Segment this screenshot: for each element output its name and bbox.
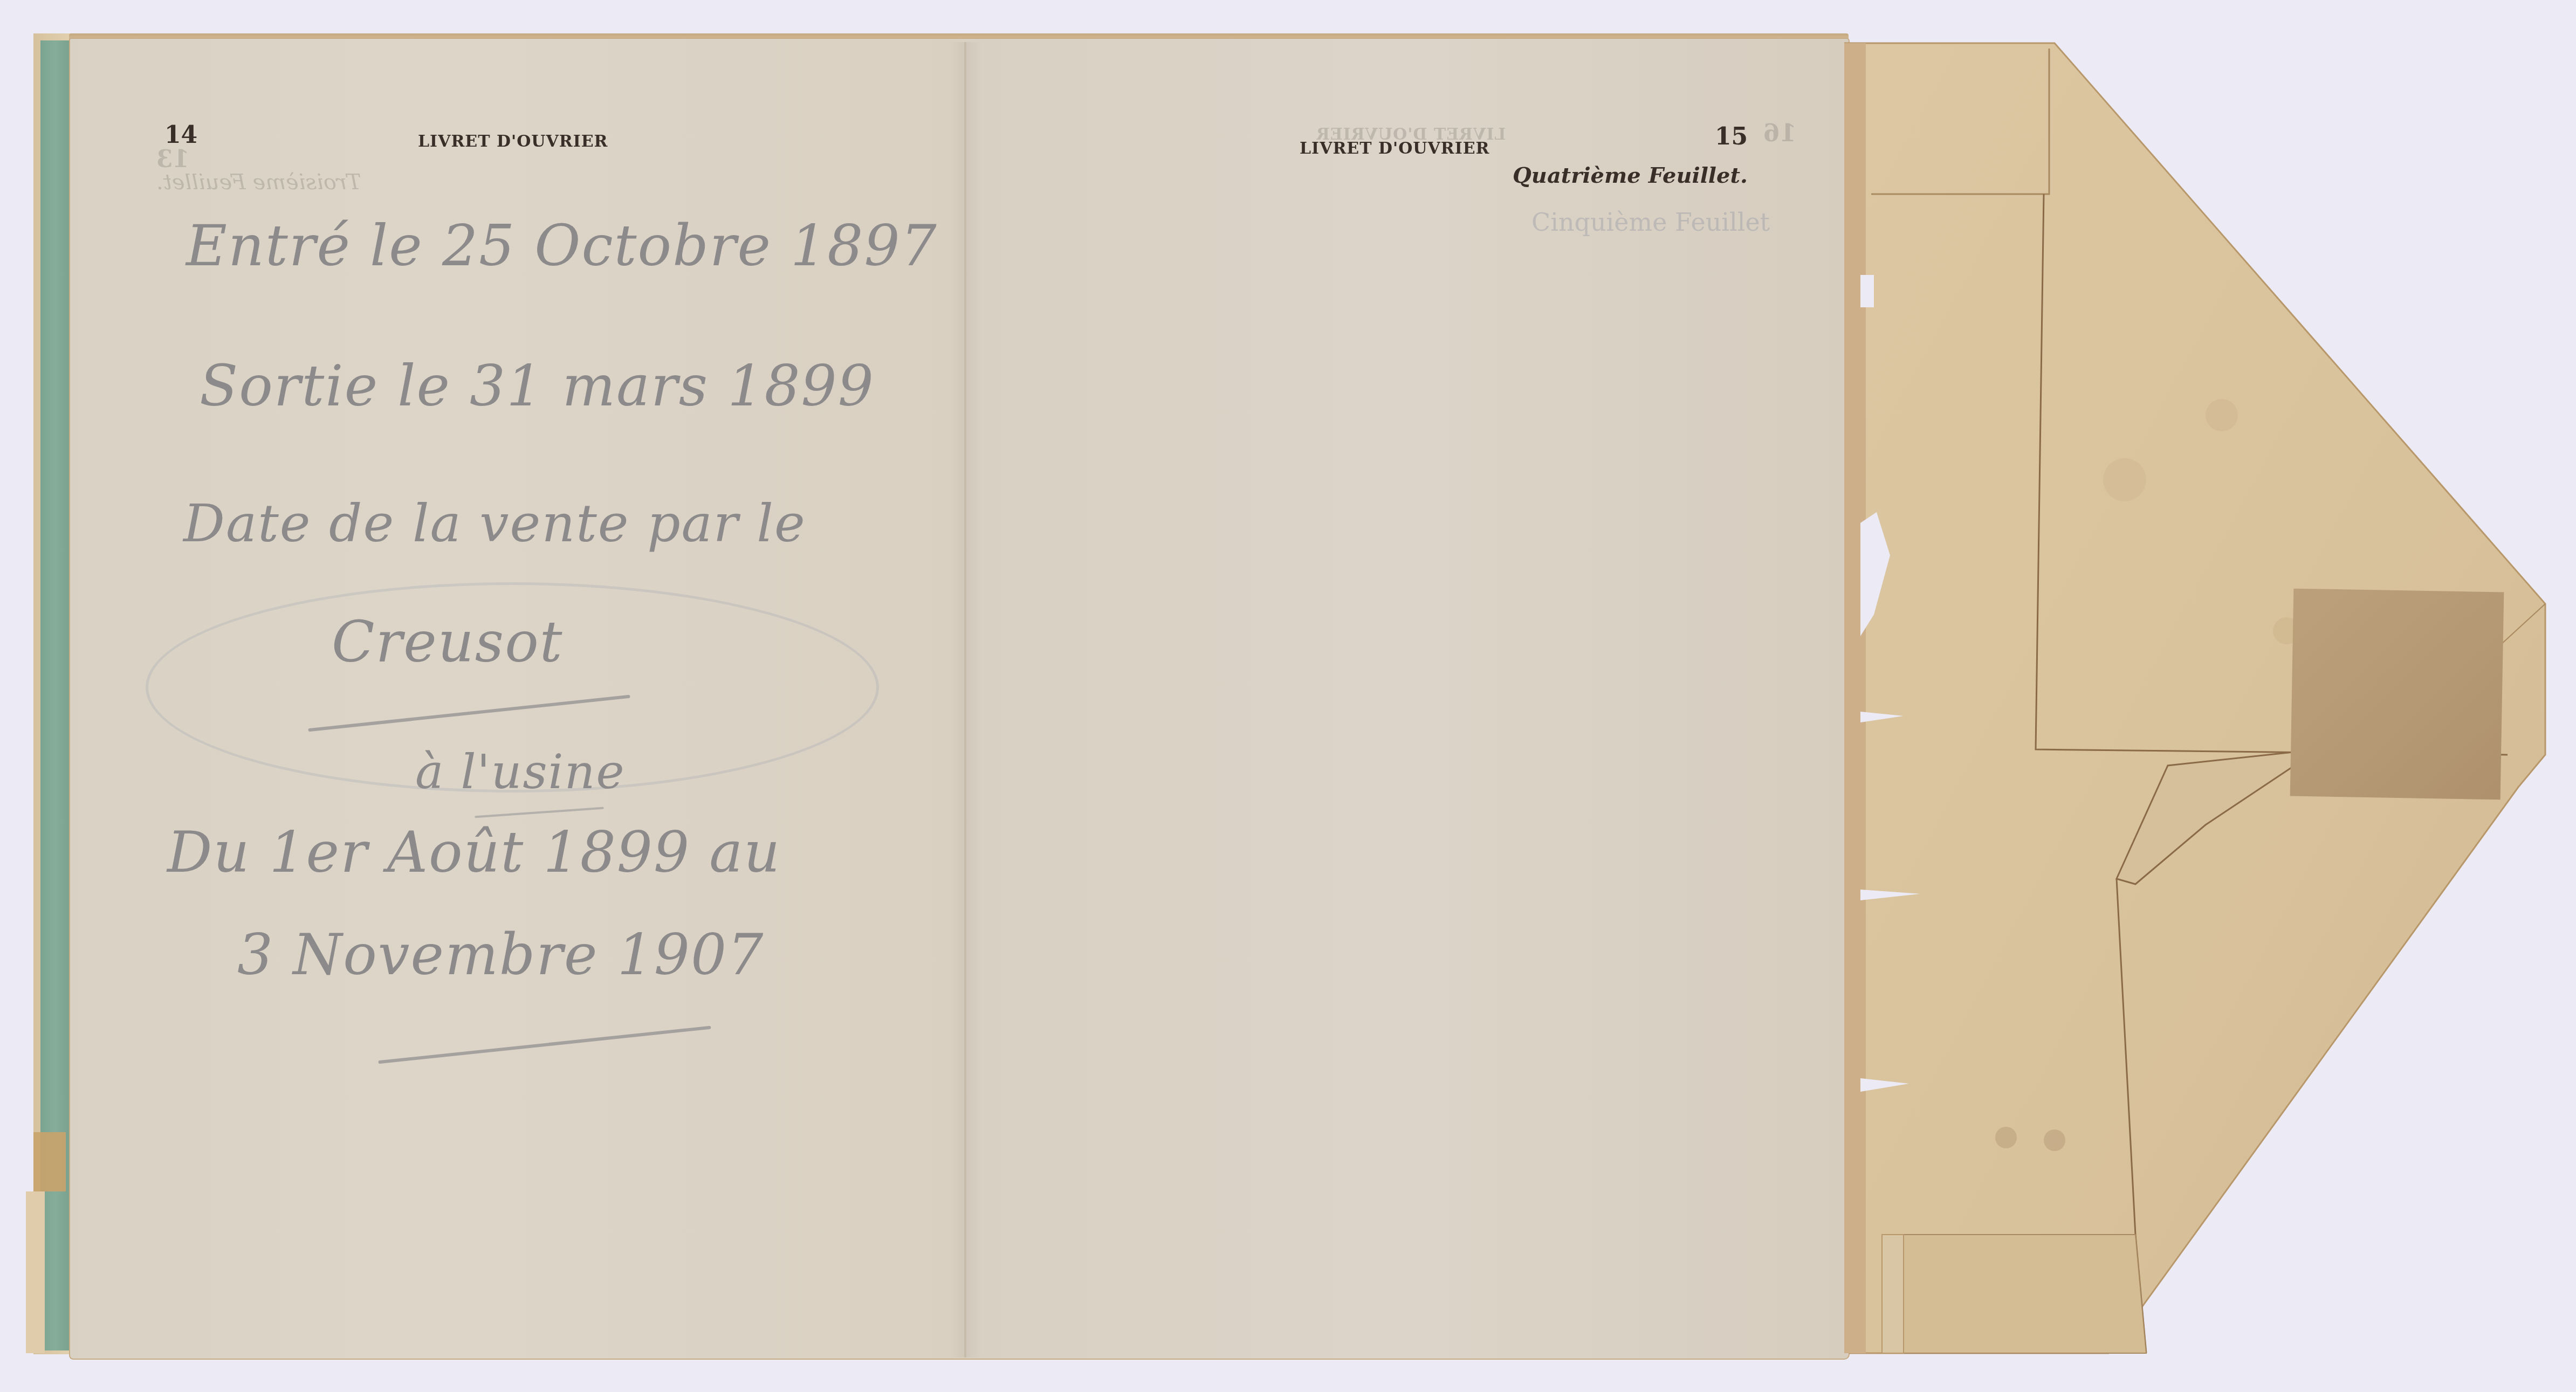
handwritten-place: Creusot xyxy=(332,609,564,675)
handwritten-period-end: 3 Novembre 1907 xyxy=(237,922,764,988)
feuillet-label: Quatrième Feuillet. xyxy=(1513,163,1748,188)
ghost-page-number: 16 xyxy=(1763,120,1796,147)
running-head: LIVRET D'OUVRIER xyxy=(418,132,608,151)
running-head: LIVRET D'OUVRIER xyxy=(1300,139,1490,158)
page-number: 15 xyxy=(1715,123,1748,150)
spine-folded-tab xyxy=(26,1191,45,1353)
handwritten-period-start: Du 1er Août 1899 au xyxy=(167,819,781,885)
handwritten-sale-note: Date de la vente par le xyxy=(183,493,806,554)
ghost-page-number: 13 xyxy=(156,146,189,173)
adhesive-tape-patch xyxy=(2290,589,2504,800)
page-number: 14 xyxy=(164,121,197,149)
ghost-feuillet: Cinquième Feuillet xyxy=(1531,208,1770,237)
handwritten-entry-date: Entré le 25 Octobre 1897 xyxy=(186,213,938,279)
handwritten-exit-date: Sortie le 31 mars 1899 xyxy=(200,353,875,419)
handwritten-factory: à l'usine xyxy=(415,744,626,800)
spine-stain xyxy=(33,1132,66,1191)
ghost-feuillet: Troisième Feuillet. xyxy=(156,170,361,195)
center-gutter xyxy=(964,42,966,1357)
